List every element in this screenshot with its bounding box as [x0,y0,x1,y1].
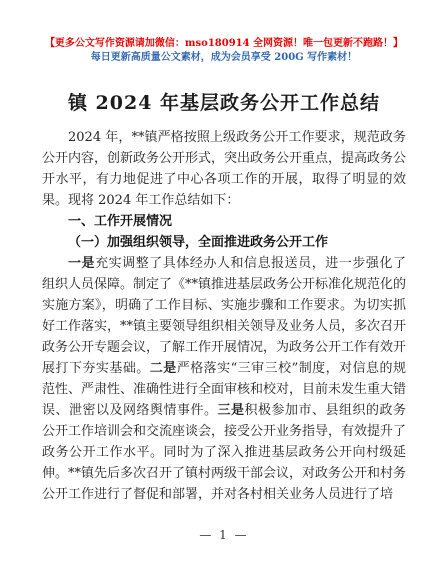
promo-banner-line-2: 每日更新高质量公文素材，成为会员享受 200G 写作素材！ [0,51,448,64]
document-text: 2024 年，**镇严格按照上级政务公开工作要求，规范政务公开内容，创新政务公开… [42,127,406,505]
page-title: 镇 2024 年基层政务公开工作总结 [42,88,406,115]
detail-run-label-3: 三是 [217,403,244,418]
promo-banner-line-1: 【更多公文写作资源请加微信：mso180914 全网资源！唯一包更新不跑路！】 [0,37,448,50]
detail-run-text-1: 充实调整了具体经办人和信息报送员，进一步强化了组织人员保障。制定了《**镇推进基… [42,256,406,376]
detail-run-label-1: 一是 [68,256,95,271]
page-number: — 1 — [0,528,448,542]
sub-heading: （一）加强组织领导，全面推进政务公开工作 [42,232,406,253]
section-heading: 一、工作开展情况 [42,211,406,232]
promo-banner: 【更多公文写作资源请加微信：mso180914 全网资源！唯一包更新不跑路！】 … [0,0,448,64]
document-body: 镇 2024 年基层政务公开工作总结 2024 年，**镇严格按照上级政务公开工… [42,88,406,505]
document-page: 【更多公文写作资源请加微信：mso180914 全网资源！唯一包更新不跑路！】 … [0,0,448,580]
intro-paragraph: 2024 年，**镇严格按照上级政务公开工作要求，规范政务公开内容，创新政务公开… [42,127,406,211]
detail-paragraph: 一是充实调整了具体经办人和信息报送员，进一步强化了组织人员保障。制定了《**镇推… [42,253,406,505]
detail-run-label-2: 二是 [150,361,177,376]
